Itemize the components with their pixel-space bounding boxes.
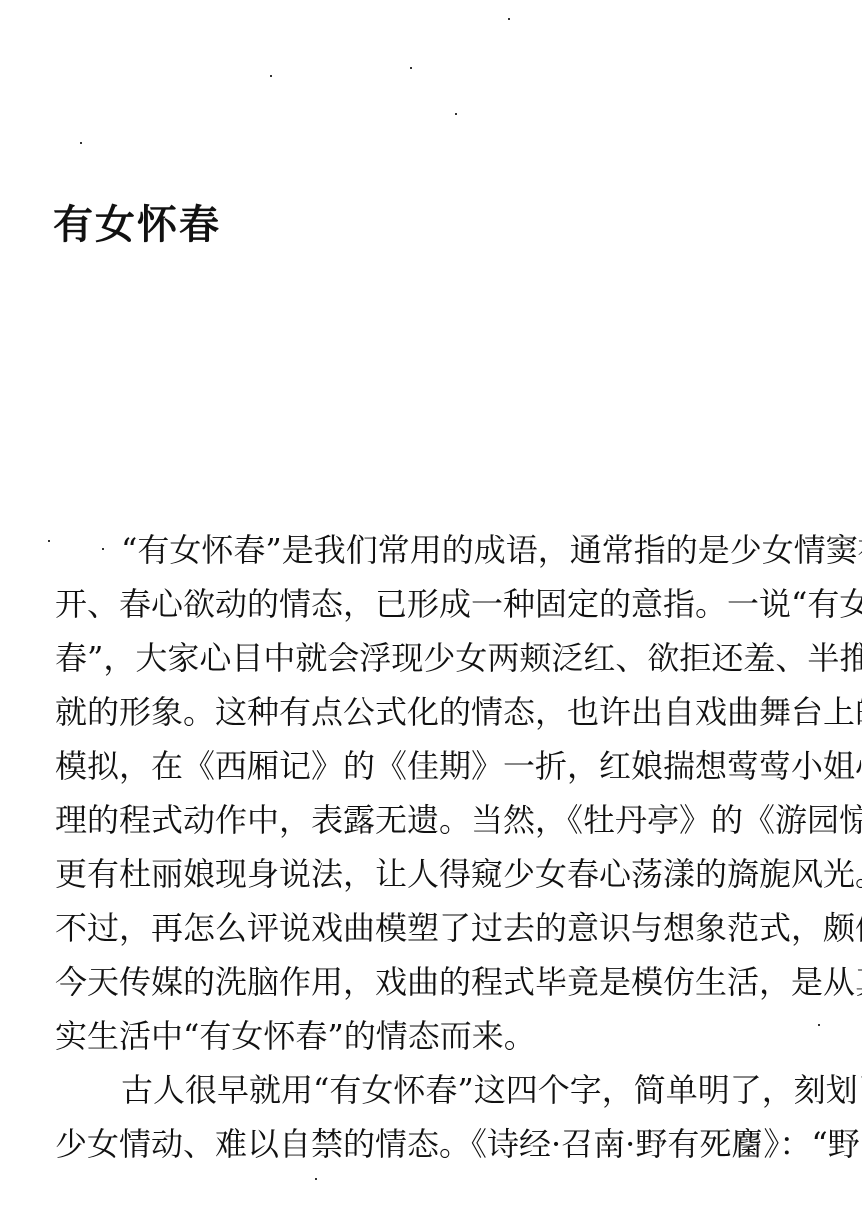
line-text: 模拟，在《西厢记》的《佳期》一折，红娘揣想莺莺小姐心 bbox=[55, 746, 862, 800]
text-line: 模拟，在《西厢记》的《佳期》一折，红娘揣想莺莺小姐心 bbox=[55, 746, 807, 800]
line-text: 今天传媒的洗脑作用，戏曲的程式毕竟是模仿生活，是从真 bbox=[55, 962, 862, 1016]
line-text: 就的形象。这种有点公式化的情态，也许出自戏曲舞台上的 bbox=[55, 692, 862, 746]
text-line: 开、春心欲动的情态，已形成一种固定的意指。一说“有女怀 bbox=[55, 584, 807, 638]
text-line: 春”，大家心目中就会浮现少女两颊泛红、欲拒还羞、半推半 bbox=[55, 638, 807, 692]
line-text: 开、春心欲动的情态，已形成一种固定的意指。一说“有女怀 bbox=[55, 584, 862, 638]
text-line: 少女情动、难以自禁的情态。《诗经·召南·野有死麕》：“野 bbox=[55, 1124, 807, 1178]
line-text: 理的程式动作中，表露无遗。当然，《牡丹亭》的《游园惊梦》 bbox=[55, 800, 862, 854]
scan-noise bbox=[315, 1178, 317, 1180]
text-line: 理的程式动作中，表露无遗。当然，《牡丹亭》的《游园惊梦》 bbox=[55, 800, 807, 854]
text-line: 今天传媒的洗脑作用，戏曲的程式毕竟是模仿生活，是从真 bbox=[55, 962, 807, 1016]
scan-noise bbox=[102, 548, 104, 550]
scan-noise bbox=[455, 113, 457, 115]
scan-noise bbox=[818, 1024, 820, 1026]
line-text: “有女怀春”是我们常用的成语，通常指的是少女情窦初 bbox=[121, 530, 862, 584]
scan-noise bbox=[80, 142, 82, 144]
line-text: 古人很早就用“有女怀春”这四个字，简单明了，刻划了 bbox=[121, 1070, 862, 1124]
line-text: 更有杜丽娘现身说法，让人得窥少女春心荡漾的旖旎风光。 bbox=[55, 854, 862, 908]
scan-noise bbox=[270, 75, 272, 77]
line-text: 春”，大家心目中就会浮现少女两颊泛红、欲拒还羞、半推半 bbox=[55, 638, 862, 692]
chapter-title: 有女怀春 bbox=[53, 200, 221, 250]
text-line: 就的形象。这种有点公式化的情态，也许出自戏曲舞台上的 bbox=[55, 692, 807, 746]
line-text: 不过，再怎么评说戏曲模塑了过去的意识与想象范式，颇似 bbox=[55, 908, 862, 962]
text-line: 古人很早就用“有女怀春”这四个字，简单明了，刻划了 bbox=[55, 1070, 807, 1124]
text-line: “有女怀春”是我们常用的成语，通常指的是少女情窦初 bbox=[55, 530, 807, 584]
text-line: 实生活中“有女怀春”的情态而来。 bbox=[55, 1016, 807, 1070]
line-text: 少女情动、难以自禁的情态。《诗经·召南·野有死麕》：“野 bbox=[55, 1124, 860, 1178]
text-line: 更有杜丽娘现身说法，让人得窥少女春心荡漾的旖旎风光。 bbox=[55, 854, 807, 908]
line-text: 实生活中“有女怀春”的情态而来。 bbox=[55, 1016, 536, 1070]
scan-noise bbox=[48, 540, 50, 542]
scan-noise bbox=[508, 18, 510, 20]
body-text: “有女怀春”是我们常用的成语，通常指的是少女情窦初 开、春心欲动的情态，已形成一… bbox=[55, 530, 807, 1178]
scanned-book-page: 有女怀春 “有女怀春”是我们常用的成语，通常指的是少女情窦初 开、春心欲动的情态… bbox=[0, 0, 862, 1223]
text-line: 不过，再怎么评说戏曲模塑了过去的意识与想象范式，颇似 bbox=[55, 908, 807, 962]
scan-noise bbox=[410, 67, 412, 69]
